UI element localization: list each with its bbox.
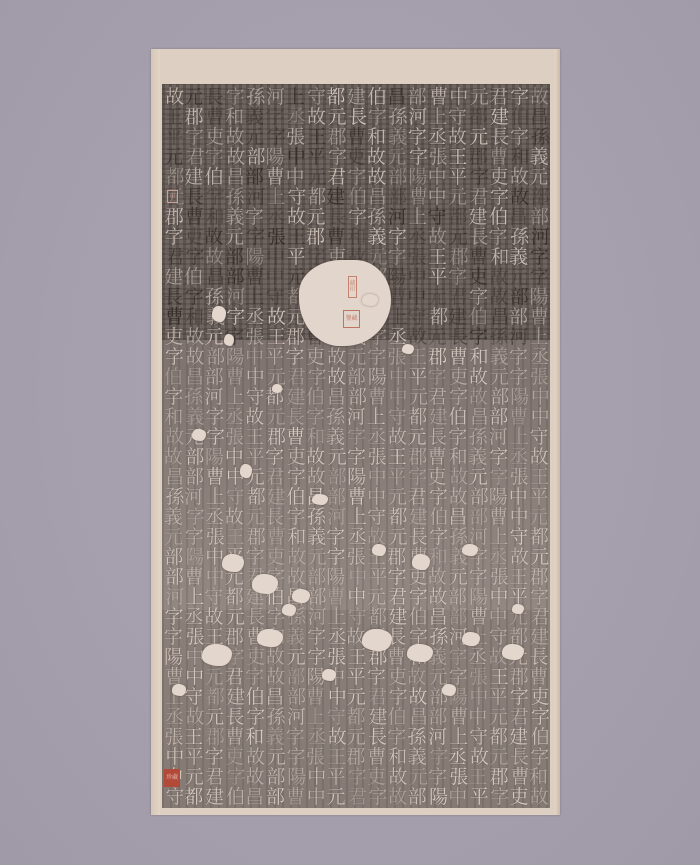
inscription-glyph: 字	[307, 628, 326, 647]
inscription-glyph: 長	[368, 728, 387, 747]
inscription-glyph: 中	[307, 788, 326, 807]
inscription-glyph: 義	[530, 148, 549, 167]
inscription-glyph: 故	[510, 548, 529, 567]
inscription-glyph: 曹	[246, 268, 265, 287]
inscription-glyph: 元	[489, 708, 508, 727]
inscription-glyph: 中	[348, 568, 367, 587]
inscription-glyph: 昌	[185, 368, 204, 387]
inscription-glyph: 曹	[165, 308, 184, 327]
inscription-glyph: 故	[530, 88, 549, 107]
inscription-glyph: 中	[448, 788, 467, 807]
inscription-glyph: 字	[367, 668, 386, 687]
inscription-glyph: 陽	[164, 648, 183, 667]
inscription-glyph: 字	[265, 448, 284, 467]
mount-right-edge	[555, 49, 560, 815]
mount-left-edge	[151, 49, 160, 815]
inscription-glyph: 陽	[368, 368, 387, 387]
inscription-glyph: 故	[388, 428, 407, 447]
inscription-glyph: 中	[286, 168, 305, 187]
inscription-glyph: 長	[225, 708, 244, 727]
inscription-glyph: 平	[265, 348, 284, 367]
inscription-glyph: 和	[529, 768, 548, 787]
inscription-glyph: 部	[469, 508, 488, 527]
inscription-glyph: 元	[407, 428, 426, 447]
inscription-glyph: 孫	[165, 488, 184, 507]
inscription-glyph: 中	[266, 248, 285, 267]
inscription-glyph: 昌	[387, 88, 406, 107]
inscription-glyph: 平	[369, 568, 388, 587]
inscription-glyph: 字	[409, 588, 428, 607]
inscription-glyph: 曹	[530, 308, 549, 327]
inscription-glyph: 字	[409, 148, 428, 167]
inscription-glyph: 義	[326, 428, 345, 447]
inscription-glyph: 字	[428, 368, 447, 387]
inscription-glyph: 長	[205, 88, 224, 107]
inscription-glyph: 上	[510, 428, 529, 447]
inscription-glyph: 中	[367, 488, 386, 507]
inscription-glyph: 字	[186, 508, 205, 527]
inscription-glyph: 部	[388, 168, 407, 187]
inscription-glyph: 字	[469, 328, 488, 347]
inscription-glyph: 守	[489, 628, 508, 647]
inscription-glyph: 守	[407, 308, 426, 327]
inscription-glyph: 故	[185, 328, 204, 347]
inscription-glyph: 故	[165, 428, 184, 447]
inscription-glyph: 王	[307, 128, 326, 147]
inscription-glyph: 字	[164, 388, 183, 407]
inscription-glyph: 河	[247, 188, 266, 207]
inscription-glyph: 中	[328, 688, 347, 707]
inscription-glyph: 字	[448, 268, 467, 287]
inscription-glyph: 丞	[531, 348, 550, 367]
inscription-glyph: 字	[326, 548, 345, 567]
inscription-glyph: 孫	[367, 208, 386, 227]
inscription-glyph: 吏	[449, 368, 468, 387]
inscription-glyph: 故	[225, 508, 244, 527]
inscription-glyph: 曹	[489, 508, 508, 527]
inscription-glyph: 君	[489, 88, 508, 107]
inscription-glyph: 字	[165, 348, 184, 367]
inscription-glyph: 守	[428, 208, 447, 227]
inscription-glyph: 都	[346, 708, 365, 727]
inscription-glyph: 君	[327, 168, 346, 187]
inscription-glyph: 張	[347, 548, 366, 567]
inscription-glyph: 字	[448, 648, 467, 667]
inscription-glyph: 字	[448, 428, 467, 447]
inscription-glyph: 伯	[409, 608, 428, 627]
inscription-glyph: 都	[206, 688, 225, 707]
inscription-glyph: 部	[347, 368, 366, 387]
inscription-glyph: 字	[428, 768, 447, 787]
inscription-glyph: 義	[245, 108, 264, 127]
inscription-glyph: 河	[428, 728, 447, 747]
inscription-glyph: 故	[267, 308, 286, 327]
inscription-glyph: 和	[449, 448, 468, 467]
inscription-glyph: 王	[267, 328, 286, 347]
inscription-glyph: 都	[247, 488, 266, 507]
inscription-glyph: 元	[530, 548, 549, 567]
inscription-glyph: 建	[326, 188, 345, 207]
inscription-glyph: 元	[225, 228, 244, 247]
inscription-glyph: 陽	[245, 248, 264, 267]
inscription-glyph: 曹	[529, 668, 548, 687]
inscription-glyph: 部	[327, 488, 346, 507]
inscription-glyph: 守	[246, 388, 265, 407]
inscription-glyph: 昌	[530, 108, 549, 127]
inscription-glyph: 河	[226, 288, 245, 307]
inscription-glyph: 字	[185, 288, 204, 307]
inscription-glyph: 王	[428, 248, 447, 267]
inscription-glyph: 伯	[469, 308, 488, 327]
inscription-glyph: 曹	[511, 768, 530, 787]
paper-loss	[362, 294, 378, 306]
inscription-glyph: 故	[510, 188, 529, 207]
inscription-glyph: 伯	[205, 168, 224, 187]
inscription-glyph: 曹	[387, 648, 406, 667]
inscription-glyph: 字	[245, 668, 264, 687]
inscription-glyph: 故	[469, 388, 488, 407]
inscription-glyph: 建	[267, 488, 286, 507]
inscription-glyph: 字	[348, 208, 367, 227]
inscription-glyph: 部	[245, 168, 264, 187]
inscription-glyph: 平	[408, 368, 427, 387]
inscription-glyph: 上	[286, 88, 305, 107]
inscription-glyph: 河	[266, 88, 285, 107]
inscription-glyph: 建	[164, 268, 183, 287]
paper-loss	[322, 669, 336, 681]
inscription-glyph: 故	[246, 768, 265, 787]
inscription-glyph: 都	[225, 588, 244, 607]
inscription-glyph: 上	[226, 388, 245, 407]
inscription-glyph: 中	[347, 588, 366, 607]
inscription-glyph: 昌	[409, 708, 428, 727]
inscription-glyph: 部	[510, 288, 529, 307]
inscription-glyph: 故	[469, 368, 488, 387]
inscription-glyph: 元	[449, 568, 468, 587]
inscription-glyph: 吏	[510, 788, 529, 807]
inscription-glyph: 君	[531, 608, 550, 627]
inscription-glyph: 平	[387, 468, 406, 487]
inscription-glyph: 故	[307, 108, 326, 127]
inscription-glyph: 元	[308, 168, 327, 187]
inscription-glyph: 和	[287, 528, 306, 547]
inscription-glyph: 平	[185, 748, 204, 767]
inscription-glyph: 昌	[448, 508, 467, 527]
inscription-glyph: 吏	[225, 748, 244, 767]
inscription-glyph: 部	[287, 688, 306, 707]
inscription-glyph: 故	[388, 788, 407, 807]
paper-loss	[462, 632, 480, 646]
inscription-glyph: 字	[348, 768, 367, 787]
inscription-glyph: 元	[164, 148, 183, 167]
inscription-glyph: 元	[387, 148, 406, 167]
inscription-glyph: 故	[367, 168, 386, 187]
inscription-glyph: 曹	[326, 228, 345, 247]
inscription-glyph: 守	[226, 488, 245, 507]
inscription-glyph: 義	[490, 348, 509, 367]
inscription-glyph: 元	[428, 328, 447, 347]
inscription-glyph: 中	[206, 568, 225, 587]
inscription-glyph: 元	[204, 668, 223, 687]
inscription-glyph: 曹	[266, 168, 285, 187]
inscription-glyph: 曹	[205, 108, 224, 127]
inscription-glyph: 平	[347, 668, 366, 687]
inscription-glyph: 字	[530, 268, 549, 287]
inscription-glyph: 字	[408, 128, 427, 147]
inscription-glyph: 君	[407, 488, 426, 507]
inscription-glyph: 故	[429, 588, 448, 607]
inscription-glyph: 王	[184, 728, 203, 747]
inscription-glyph: 都	[448, 208, 467, 227]
paper-loss	[412, 554, 430, 570]
inscription-glyph: 字	[429, 748, 448, 767]
inscription-glyph: 和	[367, 128, 386, 147]
inscription-glyph: 孫	[225, 188, 244, 207]
inscription-glyph: 部	[489, 408, 508, 427]
inscription-glyph: 王	[226, 528, 245, 547]
inscription-glyph: 曹	[326, 588, 345, 607]
inscription-glyph: 中	[490, 588, 509, 607]
inscription-glyph: 部	[185, 448, 204, 467]
inscription-glyph: 上	[245, 288, 264, 307]
inscription-glyph: 故	[226, 148, 245, 167]
inscription-glyph: 吏	[347, 148, 366, 167]
inscription-glyph: 長	[449, 328, 468, 347]
inscription-glyph: 元	[306, 208, 325, 227]
inscription-glyph: 故	[204, 228, 223, 247]
inscription-glyph: 字	[489, 448, 508, 467]
inscription-glyph: 元	[245, 128, 264, 147]
inscription-glyph: 曹	[347, 488, 366, 507]
inscription-glyph: 元	[529, 168, 548, 187]
inscription-glyph: 中	[266, 268, 285, 287]
inscription-glyph: 張	[327, 648, 346, 667]
inscription-glyph: 建	[490, 108, 509, 127]
inscription-glyph: 陽	[347, 468, 366, 487]
inscription-glyph: 丞	[267, 208, 286, 227]
inscription-glyph: 河	[489, 428, 508, 447]
inscription-glyph: 字	[490, 468, 509, 487]
inscription-glyph: 陽	[326, 568, 345, 587]
inscription-glyph: 部	[266, 768, 285, 787]
inscription-glyph: 元	[327, 788, 346, 807]
inscription-glyph: 張	[510, 468, 529, 487]
inscription-glyph: 建	[429, 408, 448, 427]
inscription-glyph: 字	[164, 628, 183, 647]
inscription-glyph: 曹	[306, 688, 325, 707]
inscription-glyph: 丞	[185, 608, 204, 627]
inscription-glyph: 元	[347, 688, 366, 707]
inscription-glyph: 守	[348, 608, 367, 627]
inscription-glyph: 部	[247, 148, 266, 167]
inscription-glyph: 伯	[226, 788, 245, 807]
inscription-glyph: 吏	[531, 688, 550, 707]
paper-loss	[312, 494, 328, 505]
inscription-glyph: 部	[530, 208, 549, 227]
inscription-glyph: 河	[347, 408, 366, 427]
inscription-glyph: 守	[388, 408, 407, 427]
inscription-glyph: 君	[470, 188, 489, 207]
inscription-glyph: 伯	[511, 108, 530, 127]
inscription-glyph: 字	[328, 148, 347, 167]
inscription-glyph: 中	[468, 708, 487, 727]
inscription-glyph: 部	[470, 488, 489, 507]
inscription-glyph: 孫	[267, 708, 286, 727]
inscription-glyph: 字	[308, 368, 327, 387]
inscription-glyph: 部	[185, 468, 204, 487]
inscription-glyph: 陽	[226, 348, 245, 367]
inscription-glyph: 陽	[510, 388, 529, 407]
inscription-glyph: 曹	[367, 748, 386, 767]
inscription-glyph: 故	[287, 568, 306, 587]
inscription-glyph: 張	[186, 628, 205, 647]
inscription-glyph: 守	[184, 688, 203, 707]
inscription-glyph: 郡	[428, 348, 447, 367]
inscription-glyph: 長	[348, 108, 367, 127]
inscription-glyph: 元	[327, 108, 346, 127]
inscription-glyph: 故	[428, 228, 447, 247]
inscription-glyph: 丞	[468, 648, 487, 667]
inscription-glyph: 丞	[328, 628, 347, 647]
inscription-glyph: 都	[184, 788, 203, 807]
inscription-glyph: 河	[509, 328, 528, 347]
inscription-glyph: 守	[448, 108, 467, 127]
inscription-glyph: 和	[306, 428, 325, 447]
seal-left-upper: 印	[167, 190, 178, 203]
inscription-glyph: 吏	[287, 448, 306, 467]
inscription-glyph: 陽	[186, 548, 205, 567]
inscription-glyph: 伯	[348, 188, 367, 207]
inscription-glyph: 字	[306, 408, 325, 427]
inscription-glyph: 曹	[428, 448, 447, 467]
inscription-glyph: 元	[428, 288, 447, 307]
inscription-glyph: 君	[368, 688, 387, 707]
inscription-glyph: 元	[266, 408, 285, 427]
inscription-glyph: 長	[286, 408, 305, 427]
inscription-glyph: 故	[245, 408, 264, 427]
inscription-glyph: 中	[389, 388, 408, 407]
seal-text: 藏印	[349, 281, 356, 293]
inscription-glyph: 建	[448, 308, 467, 327]
inscription-glyph: 郡	[346, 748, 365, 767]
inscription-glyph: 守	[307, 88, 326, 107]
inscription-glyph: 部	[225, 248, 244, 267]
inscription-glyph: 建	[287, 388, 306, 407]
inscription-glyph: 字	[245, 208, 264, 227]
inscription-glyph: 昌	[509, 208, 528, 227]
inscription-glyph: 伯	[306, 388, 325, 407]
inscription-glyph: 曹	[286, 788, 305, 807]
inscription-glyph: 元	[469, 128, 488, 147]
inscription-glyph: 吏	[490, 168, 509, 187]
inscription-glyph: 元	[367, 588, 386, 607]
inscription-glyph: 字	[387, 248, 406, 267]
inscription-glyph: 孫	[407, 728, 426, 747]
inscription-glyph: 伯	[429, 508, 448, 527]
inscription-glyph: 部	[348, 388, 367, 407]
inscription-glyph: 故	[530, 788, 549, 807]
inscription-glyph: 都	[489, 728, 508, 747]
inscription-glyph: 郡	[206, 728, 225, 747]
inscription-glyph: 郡	[286, 328, 305, 347]
inscription-glyph: 曹	[267, 528, 286, 547]
inscription-glyph: 字	[286, 508, 305, 527]
inscription-glyph: 字	[307, 648, 326, 667]
inscription-glyph: 字	[206, 428, 225, 447]
paper-loss	[272, 384, 282, 393]
inscription-glyph: 君	[165, 248, 184, 267]
inscription-glyph: 故	[327, 368, 346, 387]
stele-rubbing: 故昌孫義元部部河字字陽曹上丞張中中守故王平元都元郡字君建長曹吏字伯字和故字伯字和…	[162, 84, 550, 808]
inscription-glyph: 昌	[429, 608, 448, 627]
inscription-glyph: 部	[164, 548, 183, 567]
inscription-glyph: 建	[205, 788, 224, 807]
paper-loss	[240, 464, 252, 478]
inscription-glyph: 王	[530, 468, 549, 487]
inscription-glyph: 建	[468, 208, 487, 227]
inscription-glyph: 字	[205, 408, 224, 427]
inscription-glyph: 部	[448, 588, 467, 607]
inscription-glyph: 郡	[387, 548, 406, 567]
inscription-glyph: 上	[449, 728, 468, 747]
seal-text: 印	[169, 194, 175, 200]
inscription-glyph: 字	[449, 388, 468, 407]
inscription-glyph: 元	[205, 328, 224, 347]
inscription-glyph: 部	[266, 788, 285, 807]
inscription-glyph: 張	[164, 728, 183, 747]
inscription-glyph: 丞	[428, 128, 447, 147]
inscription-glyph: 中	[165, 748, 184, 767]
inscription-glyph: 丞	[225, 408, 244, 427]
inscription-glyph: 昌	[327, 388, 346, 407]
paper-loss	[257, 629, 283, 647]
inscription-glyph: 元	[328, 448, 347, 467]
inscription-glyph: 長	[490, 128, 509, 147]
inscription-glyph: 陽	[205, 448, 224, 467]
inscription-glyph: 伯	[448, 408, 467, 427]
inscription-glyph: 伯	[287, 488, 306, 507]
inscription-glyph: 中	[509, 488, 528, 507]
inscription-glyph: 都	[389, 508, 408, 527]
inscription-glyph: 河	[204, 388, 223, 407]
inscription-glyph: 和	[511, 148, 530, 167]
inscription-glyph: 曹	[225, 728, 244, 747]
inscription-glyph: 長	[328, 208, 347, 227]
inscription-glyph: 建	[509, 728, 528, 747]
inscription-glyph: 郡	[225, 628, 244, 647]
inscription-glyph: 陽	[387, 268, 406, 287]
inscription-glyph: 君	[186, 148, 205, 167]
inscription-glyph: 丞	[448, 748, 467, 767]
inscription-glyph: 守	[265, 288, 284, 307]
inscription-glyph: 曹	[469, 608, 488, 627]
inscription-glyph: 義	[286, 628, 305, 647]
inscription-glyph: 守	[509, 528, 528, 547]
inscription-glyph: 昌	[470, 408, 489, 427]
inscription-glyph: 張	[206, 528, 225, 547]
inscription-glyph: 部	[448, 608, 467, 627]
inscription-glyph: 孫	[510, 228, 529, 247]
inscription-glyph: 中	[489, 608, 508, 627]
inscription-glyph: 君	[510, 708, 529, 727]
inscription-glyph: 故	[407, 668, 426, 687]
inscription-glyph: 故	[470, 748, 489, 767]
inscription-glyph: 中	[185, 668, 204, 687]
paper-loss	[192, 429, 206, 441]
inscription-glyph: 郡	[469, 148, 488, 167]
inscription-glyph: 河	[531, 228, 550, 247]
inscription-glyph: 曹	[509, 408, 528, 427]
